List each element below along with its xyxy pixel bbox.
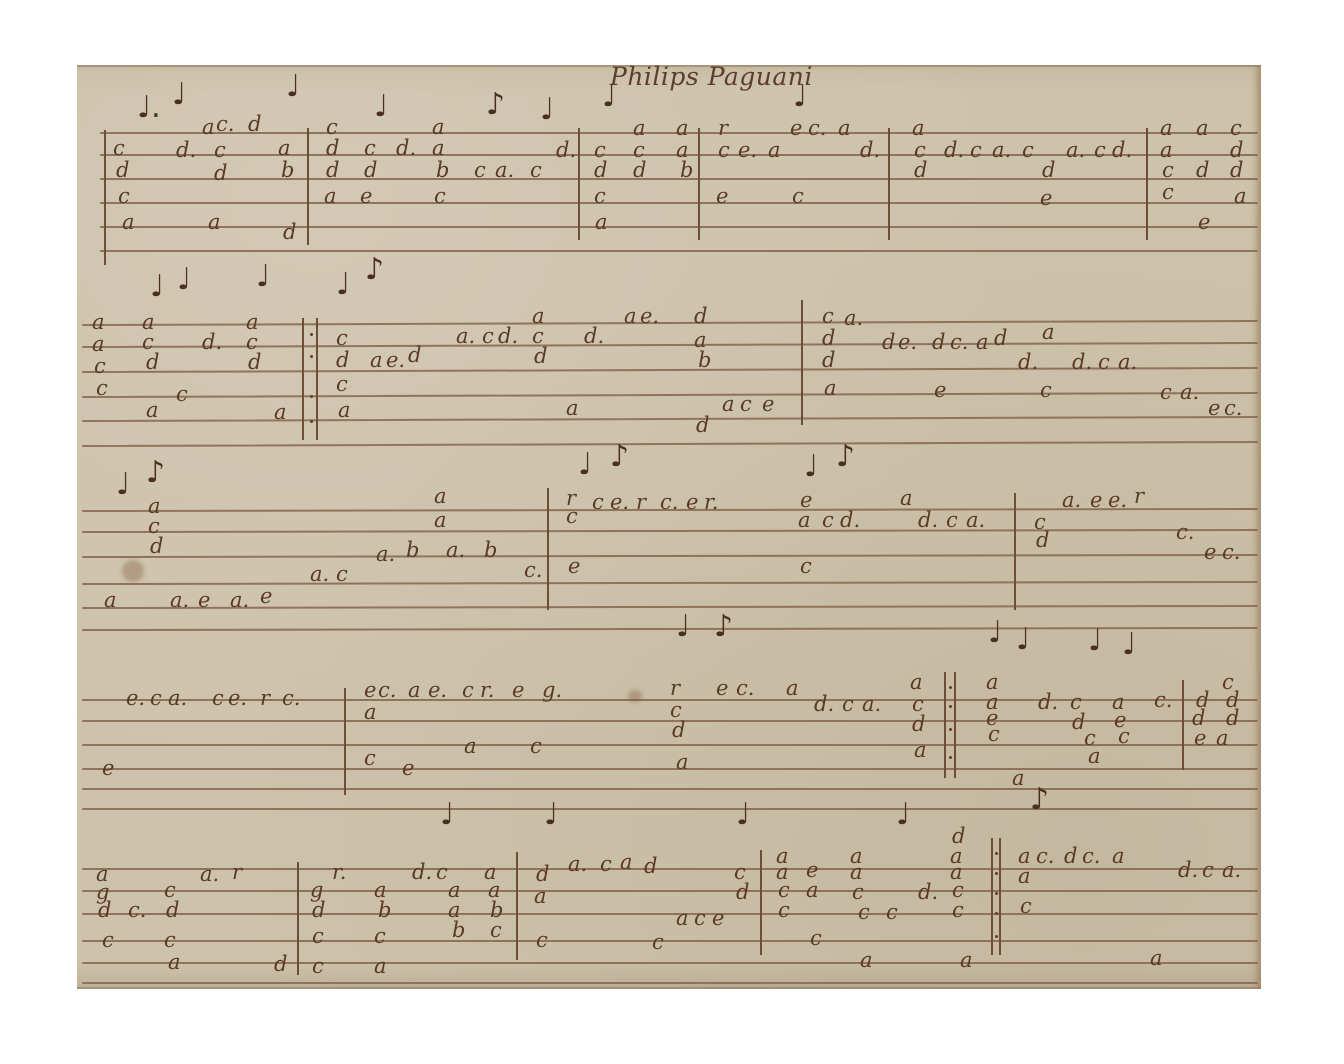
rhythm-flag-icon: ♩ xyxy=(177,265,191,295)
tab-letter: e xyxy=(102,758,114,779)
barline xyxy=(801,300,803,425)
tab-letter: c xyxy=(336,328,348,349)
rhythm-flag-icon: ♩ xyxy=(172,80,186,110)
tab-letter: d xyxy=(534,346,547,367)
tab-letter: c xyxy=(312,926,324,947)
rhythm-flag-icon: ♩ xyxy=(1122,630,1136,660)
tab-letter: r xyxy=(636,492,646,513)
tab-letter: c xyxy=(1230,118,1242,139)
tab-letter: c xyxy=(792,186,804,207)
rhythm-flag-icon: ♩ xyxy=(793,82,807,112)
barline xyxy=(316,318,318,440)
tab-letter: a xyxy=(620,852,633,873)
tab-letter: c xyxy=(822,510,834,531)
tab-letter: d. xyxy=(918,510,938,531)
tab-letter: e xyxy=(1204,542,1216,563)
rhythm-flag-icon: ♪ xyxy=(714,612,733,642)
barline xyxy=(999,838,1001,955)
tab-letter: r. xyxy=(704,492,718,513)
tab-letter: a xyxy=(900,488,913,509)
tab-letter: e xyxy=(934,380,946,401)
tab-letter: e. xyxy=(738,140,757,161)
tab-letter: e. xyxy=(428,680,447,701)
tab-letter: a xyxy=(960,950,973,971)
tab-letter: a xyxy=(274,402,287,423)
tab-letter: a xyxy=(104,590,117,611)
tab-letter: d xyxy=(364,160,377,181)
tab-letter: d. xyxy=(840,510,860,531)
tab-letter: d. xyxy=(944,140,964,161)
tab-letter: c xyxy=(536,930,548,951)
tab-letter: b xyxy=(698,350,711,371)
tab-letter: d xyxy=(336,350,349,371)
rhythm-flag-icon: ♩ xyxy=(256,262,270,292)
tab-letter: a xyxy=(374,956,387,977)
tab-letter: b xyxy=(484,540,497,561)
tab-letter: a xyxy=(676,118,689,139)
barline xyxy=(297,862,299,975)
tab-letter: c xyxy=(600,854,612,875)
rhythm-flag-icon: ♩ xyxy=(544,800,558,830)
tab-letter: e. xyxy=(898,332,917,353)
tab-letter: c xyxy=(1094,140,1106,161)
tab-letter: b xyxy=(406,540,419,561)
rhythm-flag-icon: ♩. xyxy=(137,93,161,123)
tab-letter: d xyxy=(274,954,287,975)
repeat-sign-dot xyxy=(995,935,998,938)
tab-letter: a xyxy=(976,332,989,353)
tab-letter: a. xyxy=(168,688,187,709)
tab-letter: e xyxy=(402,758,414,779)
tab-letter: r xyxy=(670,678,680,699)
tab-letter: c xyxy=(530,736,542,757)
barline xyxy=(302,318,304,440)
tab-letter: c xyxy=(652,932,664,953)
tab-letter: c xyxy=(822,306,834,327)
barline xyxy=(547,488,549,610)
tab-letter: d. xyxy=(202,332,222,353)
tab-letter: c xyxy=(886,902,898,923)
rhythm-flag-icon: ♩ xyxy=(988,618,1002,648)
tab-letter: d. xyxy=(498,326,518,347)
barline xyxy=(307,128,309,245)
tab-letter: c xyxy=(490,920,502,941)
tab-letter: c xyxy=(212,688,224,709)
tab-letter: a. xyxy=(1180,382,1199,403)
tab-letter: e xyxy=(1040,188,1052,209)
tab-letter: a xyxy=(786,678,799,699)
tab-letter: a xyxy=(464,736,477,757)
tab-letter: c xyxy=(374,926,386,947)
tab-letter: c xyxy=(1020,896,1032,917)
tab-letter: a. xyxy=(200,864,219,885)
tab-letter: a xyxy=(566,398,579,419)
tab-letter: e xyxy=(360,186,372,207)
tab-letter: a xyxy=(1234,186,1247,207)
tab-letter: a xyxy=(370,350,383,371)
tab-letter: a xyxy=(624,306,637,327)
staff-line xyxy=(100,178,1258,180)
tab-letter: c xyxy=(946,510,958,531)
tab-letter: e xyxy=(762,394,774,415)
tab-letter: a. xyxy=(992,140,1011,161)
tab-letter: d xyxy=(736,882,749,903)
tab-letter: a xyxy=(1150,948,1163,969)
tab-letter: d xyxy=(1064,846,1077,867)
tab-letter: c xyxy=(740,394,752,415)
tab-letter: a xyxy=(146,400,159,421)
tab-letter: a. xyxy=(310,564,329,585)
tab-letter: a. xyxy=(1118,352,1137,373)
tab-letter: d xyxy=(248,114,261,135)
tab-letter: d xyxy=(166,900,179,921)
tab-letter: c. xyxy=(1176,522,1194,543)
tab-letter: a xyxy=(860,950,873,971)
tab-letter: a. xyxy=(844,308,863,329)
tab-letter: c. xyxy=(1036,846,1054,867)
tab-letter: c. xyxy=(1224,398,1242,419)
staff-line xyxy=(82,744,1258,746)
tab-letter: a xyxy=(838,118,851,139)
tab-letter: c xyxy=(176,384,188,405)
tab-letter: c xyxy=(800,556,812,577)
staff-line xyxy=(82,940,1258,942)
repeat-sign-dot xyxy=(995,872,998,875)
tab-letter: a xyxy=(324,186,337,207)
tab-letter: a xyxy=(408,680,421,701)
tab-letter: a xyxy=(432,117,445,138)
tab-letter: a xyxy=(168,952,181,973)
tab-letter: d xyxy=(248,352,261,373)
tab-letter: d xyxy=(146,352,159,373)
tab-letter: c. xyxy=(378,680,396,701)
barline xyxy=(991,838,993,955)
tab-letter: e xyxy=(568,556,580,577)
tab-letter: a. xyxy=(1222,860,1241,881)
tab-letter: d xyxy=(644,856,657,877)
barline xyxy=(944,672,946,778)
repeat-sign-dot xyxy=(310,420,313,423)
tab-letter: c xyxy=(778,900,790,921)
tab-letter: c xyxy=(1040,380,1052,401)
repeat-sign-dot xyxy=(310,355,313,358)
rhythm-flag-icon: ♪ xyxy=(486,90,505,120)
tab-letter: a xyxy=(1196,118,1209,139)
tab-letter: c. xyxy=(524,560,542,581)
staff-line xyxy=(100,226,1258,228)
tab-letter: b xyxy=(680,160,693,181)
tab-letter: e xyxy=(790,118,802,139)
tab-letter: c. xyxy=(1082,846,1100,867)
tab-letter: a xyxy=(92,334,105,355)
rhythm-flag-icon: ♪ xyxy=(836,442,855,472)
repeat-sign-dot xyxy=(995,892,998,895)
tab-letter: a xyxy=(122,212,135,233)
tab-letter: c xyxy=(1162,160,1174,181)
tab-letter: c. xyxy=(1222,542,1240,563)
tab-letter: b xyxy=(452,920,465,941)
tab-letter: d xyxy=(932,332,945,353)
tab-letter: c xyxy=(474,160,486,181)
tab-letter: c xyxy=(462,680,474,701)
tab-letter: r. xyxy=(480,680,494,701)
tab-letter: r xyxy=(260,688,270,709)
tab-letter: c xyxy=(694,908,706,929)
tab-letter: a xyxy=(912,118,925,139)
tab-letter: c xyxy=(594,186,606,207)
tab-letter: a xyxy=(633,118,646,139)
tab-letter: d. xyxy=(176,140,196,161)
tab-letter: a. xyxy=(446,540,465,561)
repeat-sign-dot xyxy=(949,728,952,731)
tab-letter: d xyxy=(694,306,707,327)
rhythm-flag-icon: ♩ xyxy=(736,800,750,830)
tab-letter: a xyxy=(432,138,445,159)
tab-letter: c xyxy=(718,140,730,161)
staff-line xyxy=(82,808,1258,810)
tab-letter: c xyxy=(988,724,1000,745)
staff-line xyxy=(82,768,1258,770)
tab-letter: a xyxy=(1112,846,1125,867)
tab-letter: a. xyxy=(568,854,587,875)
tab-letter: a xyxy=(434,510,447,531)
repeat-sign-dot xyxy=(310,333,313,336)
tab-letter: b xyxy=(436,160,449,181)
tab-letter: a. xyxy=(376,544,395,565)
tab-letter: c xyxy=(113,138,125,159)
tab-letter: a xyxy=(1088,746,1101,767)
tab-letter: d xyxy=(696,415,709,436)
tab-letter: d xyxy=(633,160,646,181)
tab-letter: a. xyxy=(862,694,881,715)
tab-letter: a xyxy=(722,394,735,415)
staff-line xyxy=(82,913,1258,915)
piece-title: Philips Paguani xyxy=(610,62,813,91)
staff-line xyxy=(100,202,1258,204)
rhythm-flag-icon: ♩ xyxy=(676,612,690,642)
tab-letter: c. xyxy=(736,678,754,699)
tab-letter: e xyxy=(364,680,376,701)
rhythm-flag-icon: ♪ xyxy=(610,442,629,472)
tab-letter: c. xyxy=(660,492,678,513)
tab-letter: e xyxy=(1208,398,1220,419)
tab-letter: c xyxy=(1098,352,1110,373)
tab-letter: c xyxy=(482,326,494,347)
tab-letter: c xyxy=(364,748,376,769)
tab-letter: c xyxy=(102,930,114,951)
tab-letter: d xyxy=(326,138,339,159)
tab-letter: a xyxy=(806,880,819,901)
tab-letter: c xyxy=(858,902,870,923)
tab-letter: d xyxy=(116,160,129,181)
tab-letter: e. xyxy=(1108,490,1127,511)
tab-letter: c xyxy=(530,160,542,181)
ink-stain xyxy=(628,690,642,702)
tab-letter: c xyxy=(94,356,106,377)
tab-letter: c xyxy=(150,688,162,709)
rhythm-flag-icon: ♩ xyxy=(804,452,818,482)
tab-letter: d. xyxy=(556,140,576,161)
tab-letter: c xyxy=(326,117,338,138)
tab-letter: e xyxy=(1198,212,1210,233)
tab-letter: d. xyxy=(1112,140,1132,161)
tab-letter: e. xyxy=(126,688,145,709)
barline xyxy=(578,128,580,240)
tab-letter: d xyxy=(1036,530,1049,551)
tab-letter: e xyxy=(716,186,728,207)
rhythm-flag-icon: ♩ xyxy=(896,800,910,830)
staff-line xyxy=(82,890,1258,892)
tab-letter: a xyxy=(92,312,105,333)
tab-letter: d xyxy=(914,160,927,181)
barline xyxy=(344,688,346,795)
rhythm-flag-icon: ♩ xyxy=(286,72,300,102)
tab-letter: a xyxy=(1216,728,1229,749)
rhythm-flag-icon: ♪ xyxy=(146,458,165,488)
tab-letter: c xyxy=(810,928,822,949)
tab-letter: c xyxy=(970,140,982,161)
tab-letter: c xyxy=(952,900,964,921)
barline xyxy=(1146,128,1148,240)
tab-letter: a xyxy=(798,510,811,531)
tab-letter: d xyxy=(312,900,325,921)
tab-letter: d xyxy=(1230,160,1243,181)
tab-letter: a xyxy=(1012,768,1025,789)
rhythm-flag-icon: ♩ xyxy=(602,82,616,112)
tab-letter: a. xyxy=(170,590,189,611)
rhythm-flag-icon: ♩ xyxy=(336,270,350,300)
tab-letter: a xyxy=(434,486,447,507)
tab-letter: a xyxy=(338,400,351,421)
tab-letter: c xyxy=(364,138,376,159)
tab-letter: a xyxy=(676,752,689,773)
tab-letter: a xyxy=(676,908,689,929)
tab-letter: d xyxy=(882,332,895,353)
rhythm-flag-icon: ♩ xyxy=(578,450,592,480)
tab-letter: c xyxy=(434,186,446,207)
barline xyxy=(1014,493,1016,610)
tab-letter: e xyxy=(716,678,728,699)
tab-letter: c. xyxy=(808,118,826,139)
rhythm-flag-icon: ♪ xyxy=(1030,785,1049,815)
tab-letter: e xyxy=(686,492,698,513)
rhythm-flag-icon: ♩ xyxy=(540,95,554,125)
tab-letter: d xyxy=(594,160,607,181)
repeat-sign-dot xyxy=(310,395,313,398)
tab-letter: d xyxy=(1196,160,1209,181)
tab-letter: d xyxy=(150,536,163,557)
tab-letter: c xyxy=(1118,726,1130,747)
tab-letter: a xyxy=(534,886,547,907)
tab-letter: c xyxy=(436,862,448,883)
tab-letter: e xyxy=(1090,490,1102,511)
staff-line xyxy=(82,982,1258,984)
barline xyxy=(516,852,518,960)
barline xyxy=(1182,680,1184,770)
tab-letter: d. xyxy=(1018,352,1038,373)
tab-letter: d. xyxy=(918,882,938,903)
tab-letter: e. xyxy=(640,306,659,327)
barline xyxy=(888,128,890,240)
tab-letter: r xyxy=(718,118,728,139)
tab-letter: d. xyxy=(584,326,604,347)
tab-letter: e xyxy=(198,590,210,611)
tab-letter: a xyxy=(1160,118,1173,139)
rhythm-flag-icon: ♩ xyxy=(1016,625,1030,655)
tab-letter: a xyxy=(768,140,781,161)
tab-letter: a xyxy=(202,117,215,138)
tab-letter: c xyxy=(592,492,604,513)
tab-letter: a. xyxy=(495,160,514,181)
tab-letter: r. xyxy=(332,862,346,883)
tab-letter: e. xyxy=(610,492,629,513)
staff-line xyxy=(82,962,1258,964)
tab-letter: a xyxy=(914,740,927,761)
tab-letter: a xyxy=(595,212,608,233)
repeat-sign-dot xyxy=(995,912,998,915)
tab-letter: c. xyxy=(1154,690,1172,711)
tab-letter: a xyxy=(910,672,923,693)
tab-letter: e xyxy=(512,680,524,701)
tab-letter: d xyxy=(408,345,421,366)
rhythm-flag-icon: ♩ xyxy=(440,800,454,830)
tab-letter: a. xyxy=(966,510,985,531)
tab-letter: c xyxy=(312,956,324,977)
repeat-sign-dot xyxy=(995,852,998,855)
tab-letter: d xyxy=(536,864,549,885)
tab-letter: d xyxy=(994,328,1007,349)
tab-letter: c. xyxy=(282,688,300,709)
tab-letter: a xyxy=(1042,322,1055,343)
tab-letter: e xyxy=(712,908,724,929)
tab-letter: a. xyxy=(456,326,475,347)
tab-letter: c xyxy=(566,506,578,527)
tab-letter: c xyxy=(164,930,176,951)
tab-letter: a. xyxy=(1066,140,1085,161)
repeat-sign-dot xyxy=(949,756,952,759)
tab-letter: d xyxy=(326,160,339,181)
tab-letter: c xyxy=(336,564,348,585)
tab-letter: d. xyxy=(1038,692,1058,713)
tab-letter: c xyxy=(1202,860,1214,881)
tab-letter: e. xyxy=(386,350,405,371)
barline xyxy=(760,850,762,955)
repeat-sign-dot xyxy=(949,705,952,708)
tab-letter: d. xyxy=(860,140,880,161)
rhythm-flag-icon: ♩ xyxy=(150,272,164,302)
repeat-sign-dot xyxy=(949,686,952,689)
tab-letter: a xyxy=(1018,866,1031,887)
tab-letter: a xyxy=(364,702,377,723)
tab-letter: d. xyxy=(1178,860,1198,881)
tab-letter: g. xyxy=(542,680,562,701)
tab-letter: a xyxy=(824,378,837,399)
tab-letter: c xyxy=(96,378,108,399)
tab-letter: d xyxy=(283,222,296,243)
tab-letter: c. xyxy=(216,114,234,135)
tab-letter: b xyxy=(281,160,294,181)
tab-letter: a. xyxy=(230,590,249,611)
tab-letter: c xyxy=(1162,182,1174,203)
tab-letter: c xyxy=(1022,140,1034,161)
rhythm-flag-icon: ♩ xyxy=(1088,626,1102,656)
tab-letter: e xyxy=(1194,728,1206,749)
tab-letter: r xyxy=(1134,486,1144,507)
tab-letter: a. xyxy=(1062,490,1081,511)
rhythm-flag-icon: ♩ xyxy=(116,470,130,500)
barline xyxy=(104,130,106,265)
tab-letter: a xyxy=(208,212,221,233)
